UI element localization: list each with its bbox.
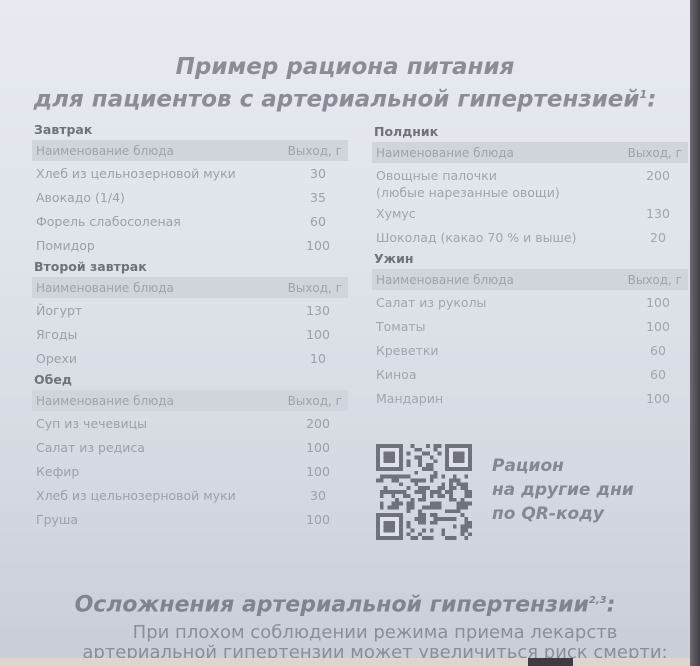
header-yield: Выход, г bbox=[628, 146, 682, 160]
dish-name-line1: Овощные палочки bbox=[376, 168, 497, 183]
table-header: Наименование блюда Выход, г bbox=[372, 142, 688, 163]
table-row: Кефир100 bbox=[32, 459, 348, 483]
underlying-surface bbox=[0, 658, 690, 666]
table-row: Томаты100 bbox=[372, 314, 688, 338]
dish-yield: 100 bbox=[288, 237, 348, 254]
qr-caption-line1: Рацион bbox=[492, 454, 634, 478]
dish-yield: 60 bbox=[628, 366, 688, 383]
meal-snack: Полдник Наименование блюда Выход, г Овощ… bbox=[372, 122, 688, 249]
dish-name: Авокадо (1/4) bbox=[36, 189, 288, 206]
table-row: Хлеб из цельнозерновой муки30 bbox=[32, 483, 348, 507]
table-row: Мандарин100 bbox=[372, 386, 688, 410]
title-colon: : bbox=[607, 592, 616, 617]
table-row: Салат из руколы100 bbox=[372, 290, 688, 314]
table-row: Ягоды100 bbox=[32, 322, 348, 346]
table-row: Киноа60 bbox=[372, 362, 688, 386]
qr-caption: Рацион на другие дни по QR-коду bbox=[492, 454, 634, 526]
table-header: Наименование блюда Выход, г bbox=[32, 390, 348, 411]
dish-yield: 100 bbox=[288, 463, 348, 480]
page-edge-shadow bbox=[690, 0, 700, 666]
dish-name: Шоколад (какао 70 % и выше) bbox=[376, 229, 628, 246]
dish-name: Кефир bbox=[36, 463, 288, 480]
dish-yield: 30 bbox=[288, 165, 348, 182]
dish-name: Хлеб из цельнозерновой муки bbox=[36, 165, 288, 182]
dish-yield: 100 bbox=[628, 318, 688, 335]
complications-title: Осложнения артериальной гипертензии bbox=[75, 592, 589, 617]
page-title-line2: для пациентов с артериальной гипертензие… bbox=[0, 80, 690, 115]
table-row: Форель слабосоленая60 bbox=[32, 209, 348, 233]
dish-name: Киноа bbox=[376, 366, 628, 383]
dish-name: Ягоды bbox=[36, 326, 288, 343]
table-row: Шоколад (какао 70 % и выше)20 bbox=[372, 225, 688, 249]
header-dish: Наименование блюда bbox=[36, 144, 174, 158]
table-row: Суп из чечевицы200 bbox=[32, 411, 348, 435]
dish-name: Креветки bbox=[376, 342, 628, 359]
table-header: Наименование блюда Выход, г bbox=[32, 140, 348, 161]
dish-yield: 20 bbox=[628, 229, 688, 246]
dish-name: Хлеб из цельнозерновой муки bbox=[36, 487, 288, 504]
table-row: Хлеб из цельнозерновой муки30 bbox=[32, 161, 348, 185]
meal-second-breakfast: Второй завтрак Наименование блюда Выход,… bbox=[32, 257, 348, 370]
dish-name: Суп из чечевицы bbox=[36, 415, 288, 432]
header-yield: Выход, г bbox=[288, 394, 342, 408]
table-row: Овощные палочки (любые нарезанные овощи)… bbox=[372, 163, 688, 201]
dish-name: Салат из редиса bbox=[36, 439, 288, 456]
table-row: Орехи10 bbox=[32, 346, 348, 370]
header-dish: Наименование блюда bbox=[376, 146, 514, 160]
complications-text-line1: При плохом соблюдении режима приема лека… bbox=[0, 622, 700, 644]
header-yield: Выход, г bbox=[288, 144, 342, 158]
dish-name: Орехи bbox=[36, 350, 288, 367]
header-yield: Выход, г bbox=[628, 273, 682, 287]
dish-yield: 200 bbox=[288, 415, 348, 432]
left-column: Завтрак Наименование блюда Выход, г Хлеб… bbox=[32, 120, 348, 531]
table-header: Наименование блюда Выход, г bbox=[32, 277, 348, 298]
dish-name: Томаты bbox=[376, 318, 628, 335]
complications-heading: Осложнения артериальной гипертензии2,3: bbox=[0, 586, 690, 620]
dish-yield: 100 bbox=[628, 390, 688, 407]
dish-name: Мандарин bbox=[376, 390, 628, 407]
qr-caption-line3: по QR-коду bbox=[492, 502, 634, 526]
table-row: Помидор100 bbox=[32, 233, 348, 257]
dish-yield: 100 bbox=[628, 294, 688, 311]
table-row: Груша100 bbox=[32, 507, 348, 531]
header-dish: Наименование блюда bbox=[36, 394, 174, 408]
table-row: Йогурт130 bbox=[32, 298, 348, 322]
section-title: Обед bbox=[34, 370, 348, 390]
dish-name: Форель слабосоленая bbox=[36, 213, 288, 230]
header-dish: Наименование блюда bbox=[36, 281, 174, 295]
dish-yield: 60 bbox=[628, 342, 688, 359]
header-dish: Наименование блюда bbox=[376, 273, 514, 287]
leaflet-page: Пример рациона питания для пациентов с а… bbox=[0, 0, 690, 658]
qr-caption-line2: на другие дни bbox=[492, 478, 634, 502]
dish-name: Салат из руколы bbox=[376, 294, 628, 311]
section-title: Полдник bbox=[374, 122, 688, 142]
section-title: Второй завтрак bbox=[34, 257, 348, 277]
meal-breakfast: Завтрак Наименование блюда Выход, г Хлеб… bbox=[32, 120, 348, 257]
dark-object bbox=[528, 658, 573, 666]
qr-code-icon[interactable] bbox=[376, 444, 472, 540]
footnote-marker: 2,3 bbox=[589, 595, 607, 606]
table-row: Хумус130 bbox=[372, 201, 688, 225]
table-row: Креветки60 bbox=[372, 338, 688, 362]
section-title: Ужин bbox=[374, 249, 688, 269]
dish-yield: 200 bbox=[628, 167, 688, 184]
page-title-line1: Пример рациона питания bbox=[0, 52, 690, 82]
dish-name-line2: (любые нарезанные овощи) bbox=[376, 185, 560, 200]
dish-name: Хумус bbox=[376, 205, 628, 222]
dish-yield: 130 bbox=[628, 205, 688, 222]
dish-yield: 100 bbox=[288, 511, 348, 528]
dish-yield: 100 bbox=[288, 439, 348, 456]
dish-yield: 100 bbox=[288, 326, 348, 343]
table-row: Салат из редиса100 bbox=[32, 435, 348, 459]
dish-name: Овощные палочки (любые нарезанные овощи) bbox=[376, 167, 628, 201]
table-header: Наименование блюда Выход, г bbox=[372, 269, 688, 290]
title-colon: : bbox=[647, 87, 656, 113]
dish-yield: 130 bbox=[288, 302, 348, 319]
dish-yield: 35 bbox=[288, 189, 348, 206]
dish-name: Йогурт bbox=[36, 302, 288, 319]
right-column: Полдник Наименование блюда Выход, г Овощ… bbox=[372, 122, 688, 410]
dish-name: Помидор bbox=[36, 237, 288, 254]
header-yield: Выход, г bbox=[288, 281, 342, 295]
page-title-text: для пациентов с артериальной гипертензие… bbox=[34, 87, 640, 113]
table-row: Авокадо (1/4)35 bbox=[32, 185, 348, 209]
dish-yield: 30 bbox=[288, 487, 348, 504]
meal-dinner: Ужин Наименование блюда Выход, г Салат и… bbox=[372, 249, 688, 410]
dish-yield: 60 bbox=[288, 213, 348, 230]
section-title: Завтрак bbox=[34, 120, 348, 140]
dish-name: Груша bbox=[36, 511, 288, 528]
dish-yield: 10 bbox=[288, 350, 348, 367]
meal-lunch: Обед Наименование блюда Выход, г Суп из … bbox=[32, 370, 348, 531]
